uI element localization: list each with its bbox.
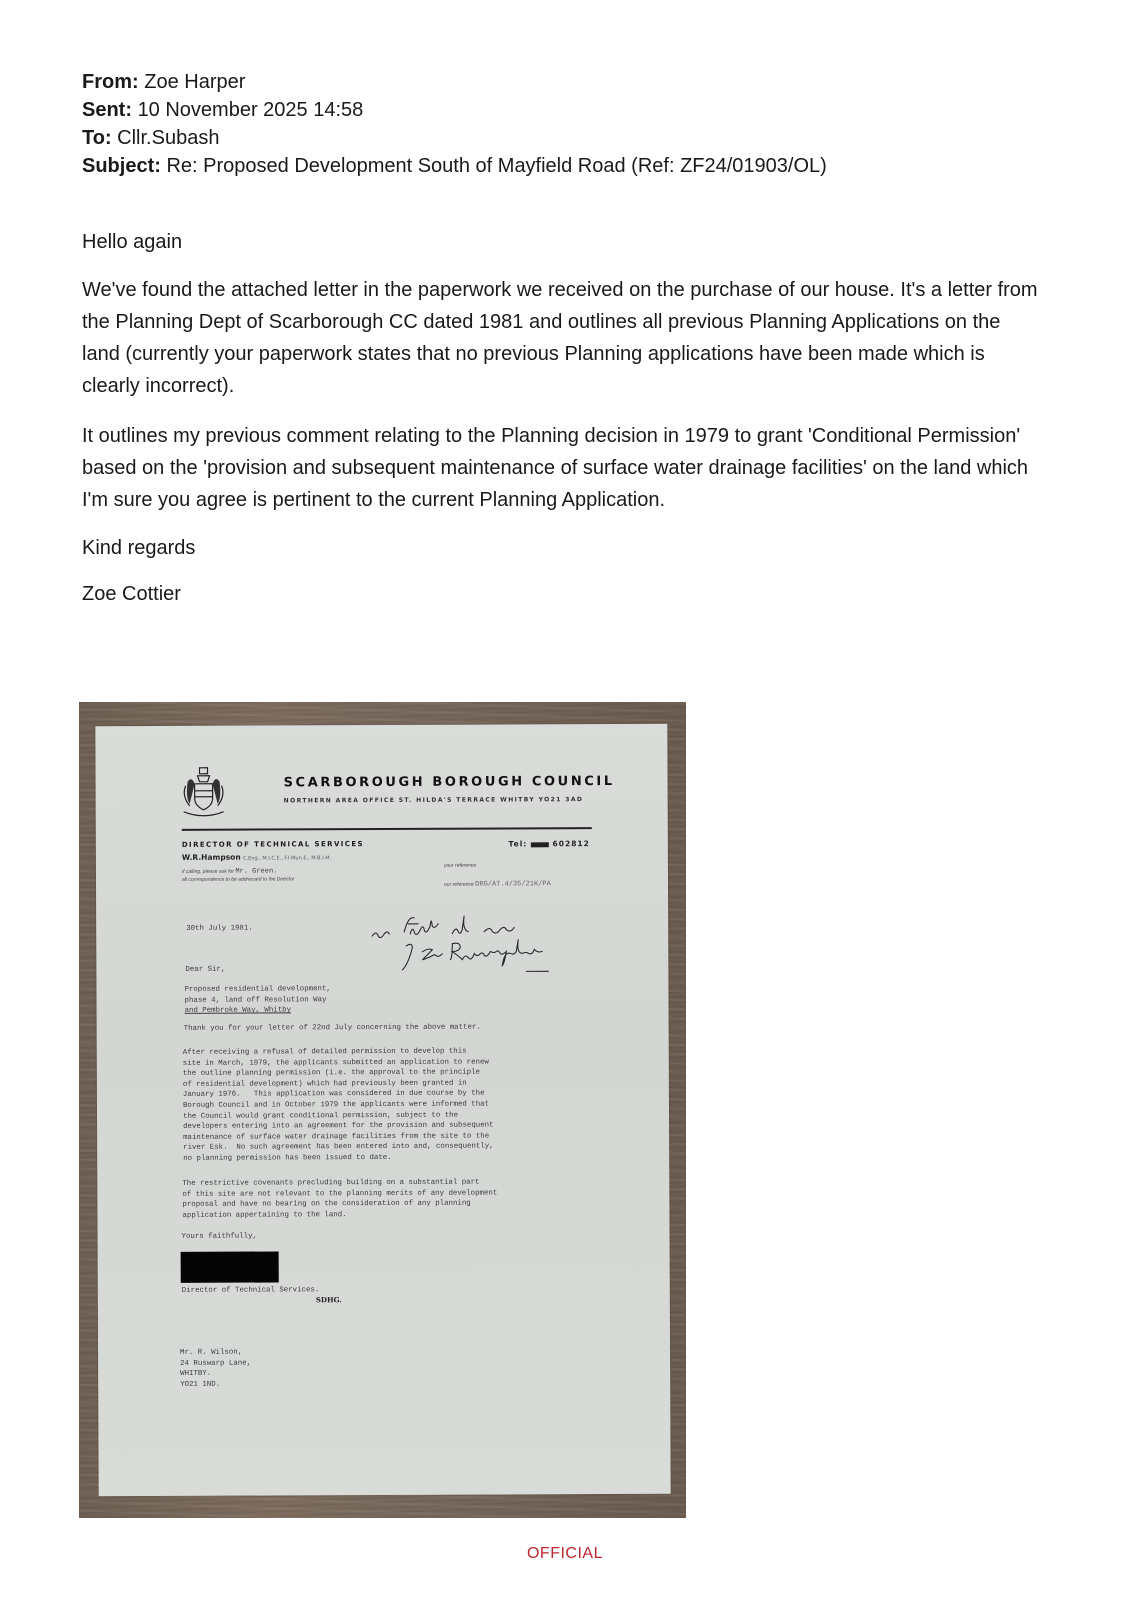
body-paragraph-1: We've found the attached letter in the p… bbox=[82, 274, 1042, 402]
to-value: Cllr.Subash bbox=[117, 127, 219, 149]
subject-line-2: phase 4, land off Resolution Way bbox=[184, 995, 330, 1006]
telephone: Tel: 602812 bbox=[508, 839, 589, 848]
attached-letter-photo: SCARBOROUGH BOROUGH COUNCIL NORTHERN ARE… bbox=[79, 702, 686, 1518]
calling-info: if calling, please ask for Mr. Green. al… bbox=[182, 867, 294, 883]
council-name: SCARBOROUGH BOROUGH COUNCIL bbox=[284, 774, 615, 790]
signatory-title: Director of Technical Services. bbox=[182, 1285, 320, 1296]
letter-thanks: Thank you for your letter of 22nd July c… bbox=[184, 1023, 481, 1035]
valediction: Yours faithfully, bbox=[182, 1232, 257, 1243]
sent-label: Sent: bbox=[82, 99, 132, 121]
subject-label: Subject: bbox=[82, 155, 161, 177]
subject-line-1: Proposed residential development, bbox=[184, 984, 330, 995]
header-subject: Subject: Re: Proposed Development South … bbox=[82, 152, 1042, 180]
addressee-block: Mr. R. Wilson, 24 Ruswarp Lane, WHITBY. … bbox=[180, 1348, 251, 1391]
typist-initials: SDHG. bbox=[316, 1295, 342, 1304]
header-sent: Sent: 10 November 2025 14:58 bbox=[82, 96, 1042, 124]
tel-number: 602812 bbox=[553, 839, 590, 848]
letter-subject: Proposed residential development,phase 4… bbox=[184, 984, 330, 1016]
director-title: DIRECTOR OF TECHNICAL SERVICES bbox=[182, 840, 364, 849]
subject-value: Re: Proposed Development South of Mayfie… bbox=[166, 155, 826, 177]
to-label: To: bbox=[82, 127, 112, 149]
coat-of-arms-icon bbox=[179, 764, 227, 822]
our-reference: our reference DRG/AT.4/35/21K/PA bbox=[444, 880, 551, 888]
letter-body-paragraph-1: After receiving a refusal of detailed pe… bbox=[183, 1047, 494, 1165]
letterhead-divider bbox=[182, 827, 592, 831]
letter-paper: SCARBOROUGH BOROUGH COUNCIL NORTHERN ARE… bbox=[95, 724, 670, 1496]
header-from: From: Zoe Harper bbox=[82, 68, 1042, 96]
closing: Kind regards bbox=[82, 534, 1042, 562]
from-label: From: bbox=[82, 71, 139, 93]
body-paragraph-2: It outlines my previous comment relating… bbox=[82, 420, 1042, 516]
handwritten-note: re Field at rear of 24 Ruswarp Lane bbox=[364, 909, 594, 980]
classification-label: OFFICIAL bbox=[0, 1545, 1130, 1563]
council-address: NORTHERN AREA OFFICE ST. HILDA'S TERRACE… bbox=[284, 796, 584, 804]
signature: Zoe Cottier bbox=[82, 580, 1042, 608]
contact-name: Mr. Green. bbox=[235, 867, 277, 875]
redacted-signature bbox=[181, 1251, 279, 1282]
tel-label: Tel: bbox=[508, 839, 527, 848]
redacted-area-code bbox=[531, 842, 549, 847]
director-qualifications: C.Eng., M.I.C.E., F.I.Mun.E., M.B.I.M. bbox=[243, 855, 331, 861]
your-reference: your reference bbox=[444, 863, 476, 869]
header-to: To: Cllr.Subash bbox=[82, 124, 1042, 152]
letter-body-paragraph-2: The restrictive covenants precluding bui… bbox=[182, 1178, 497, 1222]
email-headers: From: Zoe Harper Sent: 10 November 2025 … bbox=[82, 68, 1042, 180]
greeting: Hello again bbox=[82, 228, 1042, 256]
director-name-text: W.R.Hampson bbox=[182, 853, 241, 862]
salutation: Dear Sir, bbox=[185, 965, 225, 976]
our-reference-label: our reference bbox=[444, 882, 474, 888]
subject-line-3: and Pembroke Way, Whitby bbox=[185, 1005, 331, 1016]
our-reference-value: DRG/AT.4/35/21K/PA bbox=[475, 880, 551, 888]
sent-value: 10 November 2025 14:58 bbox=[138, 99, 364, 121]
calling-line: if calling, please ask for bbox=[182, 869, 234, 875]
correspondence-line: all correspondence to be addressed to th… bbox=[182, 876, 294, 882]
from-value: Zoe Harper bbox=[144, 71, 245, 93]
email-message: From: Zoe Harper Sent: 10 November 2025 … bbox=[82, 68, 1042, 608]
director-name: W.R.Hampson C.Eng., M.I.C.E., F.I.Mun.E.… bbox=[182, 852, 331, 862]
letter-date: 30th July 1981. bbox=[186, 924, 253, 935]
